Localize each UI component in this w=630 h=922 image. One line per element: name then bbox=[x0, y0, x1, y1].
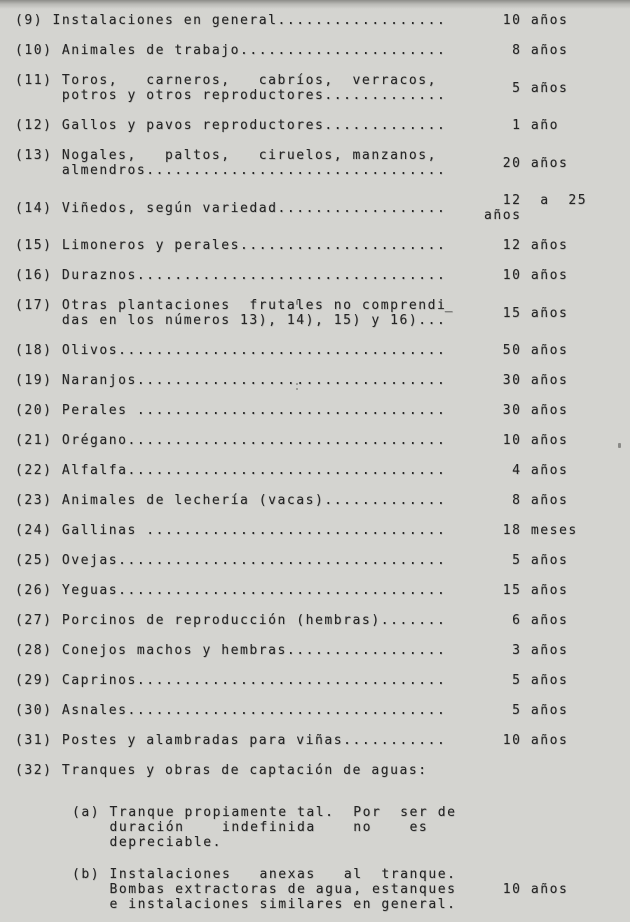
list-item: (23) Animales de lechería (vacas).......… bbox=[15, 493, 630, 508]
item-value: 5 años bbox=[470, 703, 616, 718]
item-description: (12) Gallos y pavos reproductores.......… bbox=[15, 118, 470, 133]
item-description: (a) Tranque propiamente tal. Por ser de … bbox=[15, 805, 470, 850]
list-item: (19) Naranjos...........................… bbox=[15, 373, 630, 388]
list-item: (29) Caprinos...........................… bbox=[15, 673, 630, 688]
list-item: (22) Alfalfa............................… bbox=[15, 463, 630, 478]
item-description: (16) Duraznos...........................… bbox=[15, 268, 470, 283]
item-value: 1 año bbox=[470, 118, 616, 133]
item-description: (20) Perales ...........................… bbox=[15, 403, 470, 418]
item-value: 15 años bbox=[470, 306, 616, 321]
item-description: (19) Naranjos...........................… bbox=[15, 373, 470, 388]
item-value: 3 años bbox=[470, 643, 616, 658]
item-description: (13) Nogales, paltos, ciruelos, manzanos… bbox=[15, 148, 470, 178]
item-description: (22) Alfalfa............................… bbox=[15, 463, 470, 478]
item-description: (25) Ovejas.............................… bbox=[15, 553, 470, 568]
item-description: (29) Caprinos...........................… bbox=[15, 673, 470, 688]
item-description: (30) Asnales............................… bbox=[15, 703, 470, 718]
item-description: (31) Postes y alambradas para viñas.....… bbox=[15, 733, 470, 748]
item-description: (15) Limoneros y perales................… bbox=[15, 238, 470, 253]
sub-list-item: (a) Tranque propiamente tal. Por ser de … bbox=[15, 805, 630, 850]
list-item: (11) Toros, carneros, cabríos, verracos,… bbox=[15, 73, 630, 103]
item-description: (9) Instalaciones en general............… bbox=[15, 13, 470, 28]
list-item: (15) Limoneros y perales................… bbox=[15, 238, 630, 253]
list-item: (24) Gallinas ..........................… bbox=[15, 523, 630, 538]
item-description: (11) Toros, carneros, cabríos, verracos,… bbox=[15, 73, 470, 103]
list-item: (12) Gallos y pavos reproductores.......… bbox=[15, 118, 630, 133]
item-description: (21) Orégano............................… bbox=[15, 433, 470, 448]
item-value: 20 años bbox=[470, 156, 616, 171]
item-value: 10 años bbox=[470, 882, 616, 897]
item-value: 10 años bbox=[470, 268, 616, 283]
scanned-page: (9) Instalaciones en general............… bbox=[0, 0, 630, 912]
list-item: (20) Perales ...........................… bbox=[15, 403, 630, 418]
list-item: (28) Conejos machos y hembras...........… bbox=[15, 643, 630, 658]
list-item: (25) Ovejas.............................… bbox=[15, 553, 630, 568]
item-value: 10 años bbox=[470, 733, 616, 748]
item-value: 5 años bbox=[470, 673, 616, 688]
sub-list-item: (b) Instalaciones anexas al tranque. Bom… bbox=[15, 867, 630, 912]
item-value: 15 años bbox=[470, 583, 616, 598]
item-description: (28) Conejos machos y hembras...........… bbox=[15, 643, 470, 658]
list-item: (18) Olivos.............................… bbox=[15, 343, 630, 358]
list-item: (21) Orégano............................… bbox=[15, 433, 630, 448]
list-item: (32) Tranques y obras de captación de ag… bbox=[15, 763, 630, 778]
item-description: (10) Animales de trabajo................… bbox=[15, 43, 470, 58]
list-item: (30) Asnales............................… bbox=[15, 703, 630, 718]
list-item: (27) Porcinos de reproducción (hembras).… bbox=[15, 613, 630, 628]
item-value: 10 años bbox=[470, 13, 616, 28]
depreciation-list: (9) Instalaciones en general............… bbox=[15, 13, 630, 912]
item-value: 30 años bbox=[470, 403, 616, 418]
item-value: 8 años bbox=[470, 493, 616, 508]
item-value: 50 años bbox=[470, 343, 616, 358]
list-item: (16) Duraznos...........................… bbox=[15, 268, 630, 283]
item-description: (27) Porcinos de reproducción (hembras).… bbox=[15, 613, 470, 628]
item-value: 12 a 25 años bbox=[470, 193, 616, 223]
item-description: (14) Viñedos, según variedad............… bbox=[15, 201, 470, 216]
list-item: (14) Viñedos, según variedad............… bbox=[15, 193, 630, 223]
item-value: 5 años bbox=[470, 553, 616, 568]
item-value: 5 años bbox=[470, 81, 616, 96]
item-description: (32) Tranques y obras de captación de ag… bbox=[15, 763, 470, 778]
item-value: 8 años bbox=[470, 43, 616, 58]
item-description: (26) Yeguas.............................… bbox=[15, 583, 470, 598]
item-description: (18) Olivos.............................… bbox=[15, 343, 470, 358]
item-value: 30 años bbox=[470, 373, 616, 388]
item-description: (17) Otras plantaciones frutales no comp… bbox=[15, 298, 470, 328]
item-description: (24) Gallinas ..........................… bbox=[15, 523, 470, 538]
item-value: 12 años bbox=[470, 238, 616, 253]
item-value: 18 meses bbox=[470, 523, 616, 538]
list-item: (10) Animales de trabajo................… bbox=[15, 43, 630, 58]
list-item: (9) Instalaciones en general............… bbox=[15, 13, 630, 28]
list-item: (17) Otras plantaciones frutales no comp… bbox=[15, 298, 630, 328]
list-item: (13) Nogales, paltos, ciruelos, manzanos… bbox=[15, 148, 630, 178]
item-value: 10 años bbox=[470, 433, 616, 448]
item-value: 6 años bbox=[470, 613, 616, 628]
item-description: (23) Animales de lechería (vacas).......… bbox=[15, 493, 470, 508]
list-item: (26) Yeguas.............................… bbox=[15, 583, 630, 598]
item-description: (b) Instalaciones anexas al tranque. Bom… bbox=[15, 867, 470, 912]
list-item: (31) Postes y alambradas para viñas.....… bbox=[15, 733, 630, 748]
item-value: 4 años bbox=[470, 463, 616, 478]
